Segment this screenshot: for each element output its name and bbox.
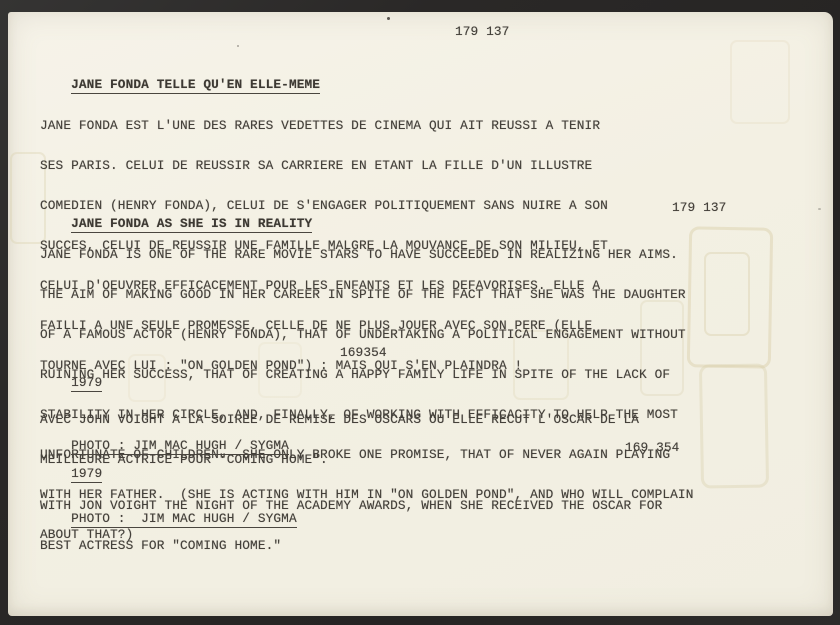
french-paragraph-line: JANE FONDA EST L'UNE DES RARES VEDETTES …	[40, 119, 608, 132]
reference-number-top: 179 137	[455, 25, 509, 38]
ink-speck	[818, 208, 821, 210]
english-photo-credit-text: PHOTO : JIM MAC HUGH / SYGMA	[71, 512, 297, 527]
english-paragraph-line: RUINING HER SUCCESS, THAT OF CREATING A …	[40, 368, 693, 381]
photo-number-french: 169354	[340, 346, 387, 359]
bleed-through-mark	[704, 252, 750, 336]
reference-number-english-section: 179 137	[672, 201, 726, 214]
bleed-through-mark	[687, 226, 773, 368]
ink-speck	[387, 17, 390, 20]
english-paragraph-line: JANE FONDA IS ONE OF THE RARE MOVIE STAR…	[40, 248, 693, 261]
english-photo-credit: PHOTO : JIM MAC HUGH / SYGMA	[40, 499, 297, 541]
photo-number-english: 169 354	[625, 441, 679, 454]
ink-speck	[237, 45, 239, 47]
english-paragraph-line: THE AIM OF MAKING GOOD IN HER CAREER IN …	[40, 288, 693, 301]
bleed-through-mark	[699, 363, 769, 488]
french-photo-credit-text: PHOTO : JIM MAC HUGH / SYGMA	[71, 439, 289, 454]
bleed-through-mark	[730, 40, 790, 124]
english-paragraph-line: OF A FAMOUS ACTOR (HENRY FONDA), THAT OF…	[40, 328, 693, 341]
scanned-document: 179 137 JANE FONDA TELLE QU'EN ELLE-MEME…	[0, 0, 840, 625]
french-paragraph-line: SES PARIS. CELUI DE REUSSIR SA CARRIERE …	[40, 159, 608, 172]
french-caption-line: AVEC JOHN VOIGHT A LA SOIREE DE REMISE D…	[40, 413, 639, 426]
